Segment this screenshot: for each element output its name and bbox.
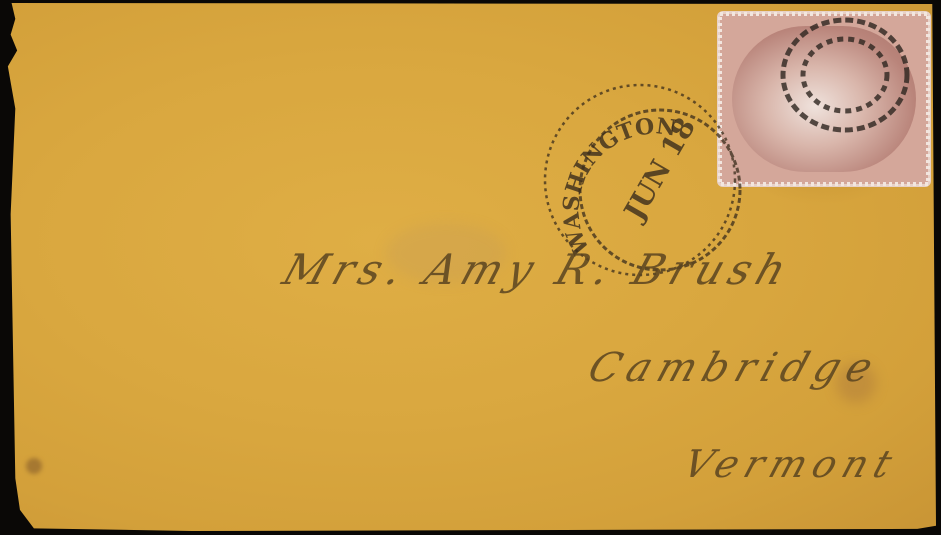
address-line-1: Mrs. Amy R. Brush (277, 245, 798, 294)
address-line-3: Vermont (678, 442, 905, 486)
address-line-2: Cambridge (583, 345, 886, 391)
stamp-cancel (783, 20, 907, 130)
